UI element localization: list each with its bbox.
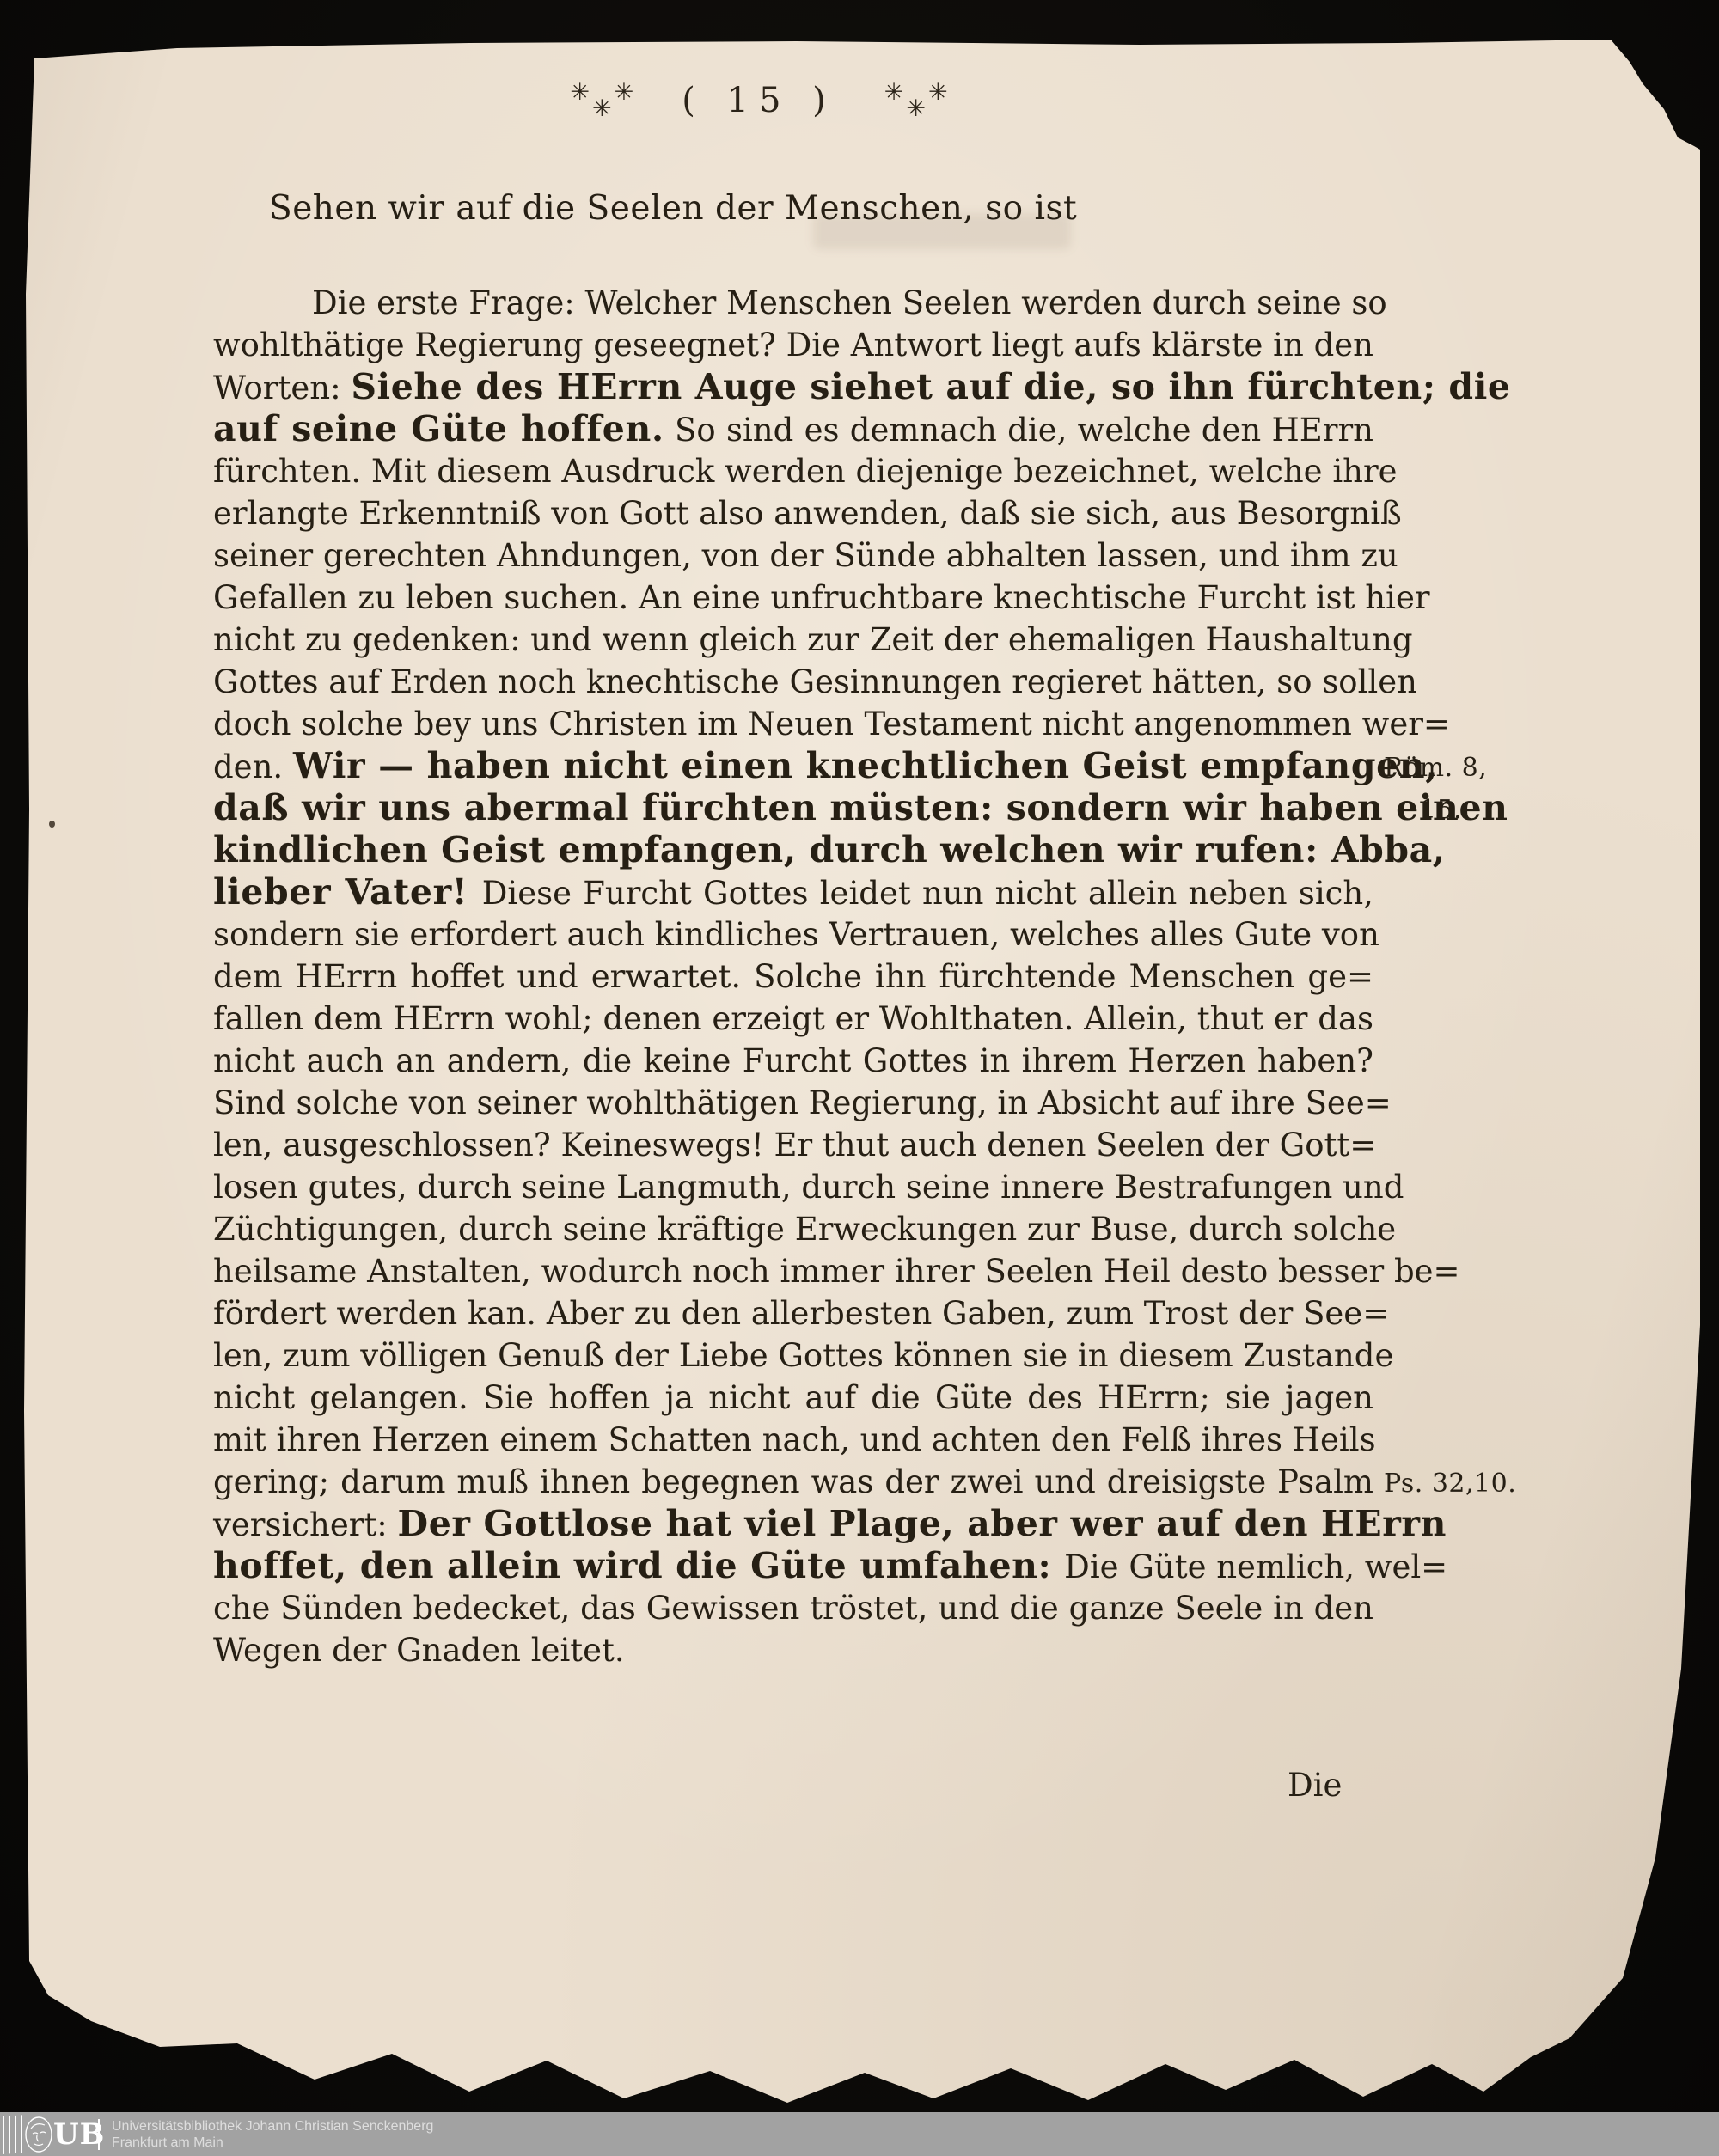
text-line: dem HErrn hoffet und erwartet. Solche ih… [213,956,1373,998]
body-text: Die Güte nemlich, wel= [1064,1548,1447,1585]
opening-line: Sehen wir auf die Seelen der Menschen, s… [269,189,1077,228]
library-footer-bar: UB Universitätsbibliothek Johann Christi… [0,2112,1719,2156]
margin-note: Röm. 8, [1384,747,1487,789]
text-line: mit ihren Herzen einem Schatten nach, un… [213,1419,1373,1461]
body-text: doch solche bey uns Christen im Neuen Te… [213,705,1450,742]
text-line: che Sünden bedecket, das Gewissen tröste… [213,1587,1373,1629]
body-text: Wegen der Gnaden leitet. [213,1632,625,1669]
text-line: seiner gerechten Ahndungen, von der Sünd… [213,534,1373,577]
text-line: nicht auch an andern, die keine Furcht G… [213,1040,1373,1082]
text-line: daß wir uns abermal fürchten müsten: son… [213,787,1373,829]
body-text: versichert: [213,1506,398,1543]
text-line: Gottes auf Erden noch knechtische Gesinn… [213,661,1373,703]
body-text: len, zum völligen Genuß der Liebe Gottes… [213,1337,1393,1374]
body-text: len, ausgeschlossen? Keineswegs! Er thut… [213,1127,1376,1164]
text-line: wohlthätige Regierung geseegnet? Die Ant… [213,324,1373,366]
body-text: Gottes auf Erden noch knechtische Gesinn… [213,663,1417,700]
text-line: Sind solche von seiner wohlthätigen Regi… [213,1082,1373,1124]
body-text: Worten: [213,370,351,406]
text-line: versichert: Der Gottlose hat viel Plage,… [213,1503,1373,1545]
body-text: seiner gerechten Ahndungen, von der Sünd… [213,537,1398,574]
body-text: mit ihren Herzen einem Schatten nach, un… [213,1421,1376,1458]
emphasized-text: Wir — haben nicht einen knechtlichen Gei… [293,745,1438,786]
text-line: fallen dem HErrn wohl; denen erzeigt er … [213,998,1373,1040]
book-page: ✳ ✳ ✳ ( 15 ) ✳ ✳ ✳ Sehen wir auf die See… [22,36,1700,2116]
text-line: auf seine Güte hoffen. So sind es demnac… [213,408,1373,450]
text-line: heilsame Anstalten, wodurch noch immer i… [213,1250,1373,1292]
asterisk-ornament-left: ✳ ✳ ✳ [561,84,642,118]
library-name-line2: Frankfurt am Main [112,2135,433,2151]
text-line: fördert werden kan. Aber zu den allerbes… [213,1292,1373,1335]
body-text: dem HErrn hoffet und erwartet. Solche ih… [213,958,1373,995]
emphasized-text: daß wir uns abermal fürchten müsten: son… [213,787,1508,828]
body-text: nicht gelangen. Sie hoffen ja nicht auf … [213,1379,1373,1416]
emphasized-text: Siehe des HErrn Auge siehet auf die, so … [351,366,1510,407]
text-line: len, ausgeschlossen? Keineswegs! Er thut… [213,1124,1373,1166]
page-header: ✳ ✳ ✳ ( 15 ) ✳ ✳ ✳ [22,81,1496,120]
text-line: len, zum völligen Genuß der Liebe Gottes… [213,1335,1373,1377]
body-text: Züchtigungen, durch seine kräftige Erwec… [213,1211,1396,1248]
body-text: fallen dem HErrn wohl; denen erzeigt er … [213,1000,1373,1037]
body-text: sondern sie erfordert auch kindliches Ve… [213,916,1379,953]
library-name-line1: Universitätsbibliothek Johann Christian … [112,2118,433,2135]
body-text: gering; darum muß ihnen begegnen was der… [213,1463,1373,1500]
page-number: ( 15 ) [682,81,836,120]
text-line: lieber Vater! Diese Furcht Gottes leidet… [213,871,1373,913]
body-lines: Die erste Frage: Welcher Menschen Seelen… [213,282,1373,1671]
text-line: erlangte Erkenntniß von Gott also anwend… [213,492,1373,534]
ub-logo: UB [0,2112,101,2156]
asterisk-ornament-right: ✳ ✳ ✳ [876,84,957,118]
ornament-bottom-row: ✳ [906,101,926,117]
body-text: den. [213,748,293,785]
body-text: Die erste Frage: Welcher Menschen Seelen… [312,284,1387,321]
text-line: gering; darum muß ihnen begegnen was der… [213,1461,1373,1503]
body-text: Gefallen zu leben suchen. An eine unfruc… [213,579,1430,616]
emphasized-text: lieber Vater! [213,871,482,913]
body-text: che Sünden bedecket, das Gewissen tröste… [213,1590,1373,1627]
body-text: nicht auch an andern, die keine Furcht G… [213,1042,1373,1079]
text-line: den. Wir — haben nicht einen knechtliche… [213,745,1373,787]
text-line: kindlichen Geist empfangen, durch welche… [213,829,1373,871]
text-line: nicht gelangen. Sie hoffen ja nicht auf … [213,1377,1373,1419]
body-text: fürchten. Mit diesem Ausdruck werden die… [213,453,1398,490]
text-line: Züchtigungen, durch seine kräftige Erwec… [213,1208,1373,1250]
margin-note: Ps. 32,10. [1384,1463,1516,1505]
body-text: Diese Furcht Gottes leidet nun nicht all… [482,875,1373,912]
emphasized-text: auf seine Güte hoffen. [213,408,664,449]
text-line: sondern sie erfordert auch kindliches Ve… [213,913,1373,956]
logo-separator [98,2119,100,2150]
text-line: Gefallen zu leben suchen. An eine unfruc… [213,577,1373,619]
ink-speck [49,821,55,828]
library-name: Universitätsbibliothek Johann Christian … [112,2118,433,2151]
text-line: Die erste Frage: Welcher Menschen Seelen… [213,282,1373,324]
body-text: Sind solche von seiner wohlthätigen Regi… [213,1084,1392,1121]
body-text: erlangte Erkenntniß von Gott also anwend… [213,495,1402,532]
text-line: doch solche bey uns Christen im Neuen Te… [213,703,1373,745]
body-text: So sind es demnach die, welche den HErrn [664,412,1373,449]
body-text: wohlthätige Regierung geseegnet? Die Ant… [213,327,1373,363]
text-line: hoffet, den allein wird die Güte umfahen… [213,1545,1373,1587]
body-text: losen gutes, durch seine Langmuth, durch… [213,1169,1404,1206]
scanned-book-page-viewer: { "colors": { "paper": "#ebdfcf", "ink":… [0,0,1719,2156]
emphasized-text: hoffet, den allein wird die Güte umfahen… [213,1545,1064,1586]
body-text: heilsame Anstalten, wodurch noch immer i… [213,1253,1460,1290]
emphasized-text: kindlichen Geist empfangen, durch welche… [213,829,1446,870]
goethe-head-icon [22,2115,57,2154]
catchword: Die [1288,1767,1342,1804]
body-text: fördert werden kan. Aber zu den allerbes… [213,1295,1389,1332]
text-line: Worten: Siehe des HErrn Auge siehet auf … [213,366,1373,408]
emphasized-text: Der Gottlose hat viel Plage, aber wer au… [398,1503,1447,1544]
text-line: losen gutes, durch seine Langmuth, durch… [213,1166,1373,1208]
ornament-bottom-row: ✳ [592,101,612,117]
text-line: fürchten. Mit diesem Ausdruck werden die… [213,450,1373,492]
text-line: nicht zu gedenken: und wenn gleich zur Z… [213,619,1373,661]
text-line: Wegen der Gnaden leitet. [213,1629,1373,1671]
body-text: nicht zu gedenken: und wenn gleich zur Z… [213,621,1413,658]
margin-note: 15. [1420,789,1462,831]
